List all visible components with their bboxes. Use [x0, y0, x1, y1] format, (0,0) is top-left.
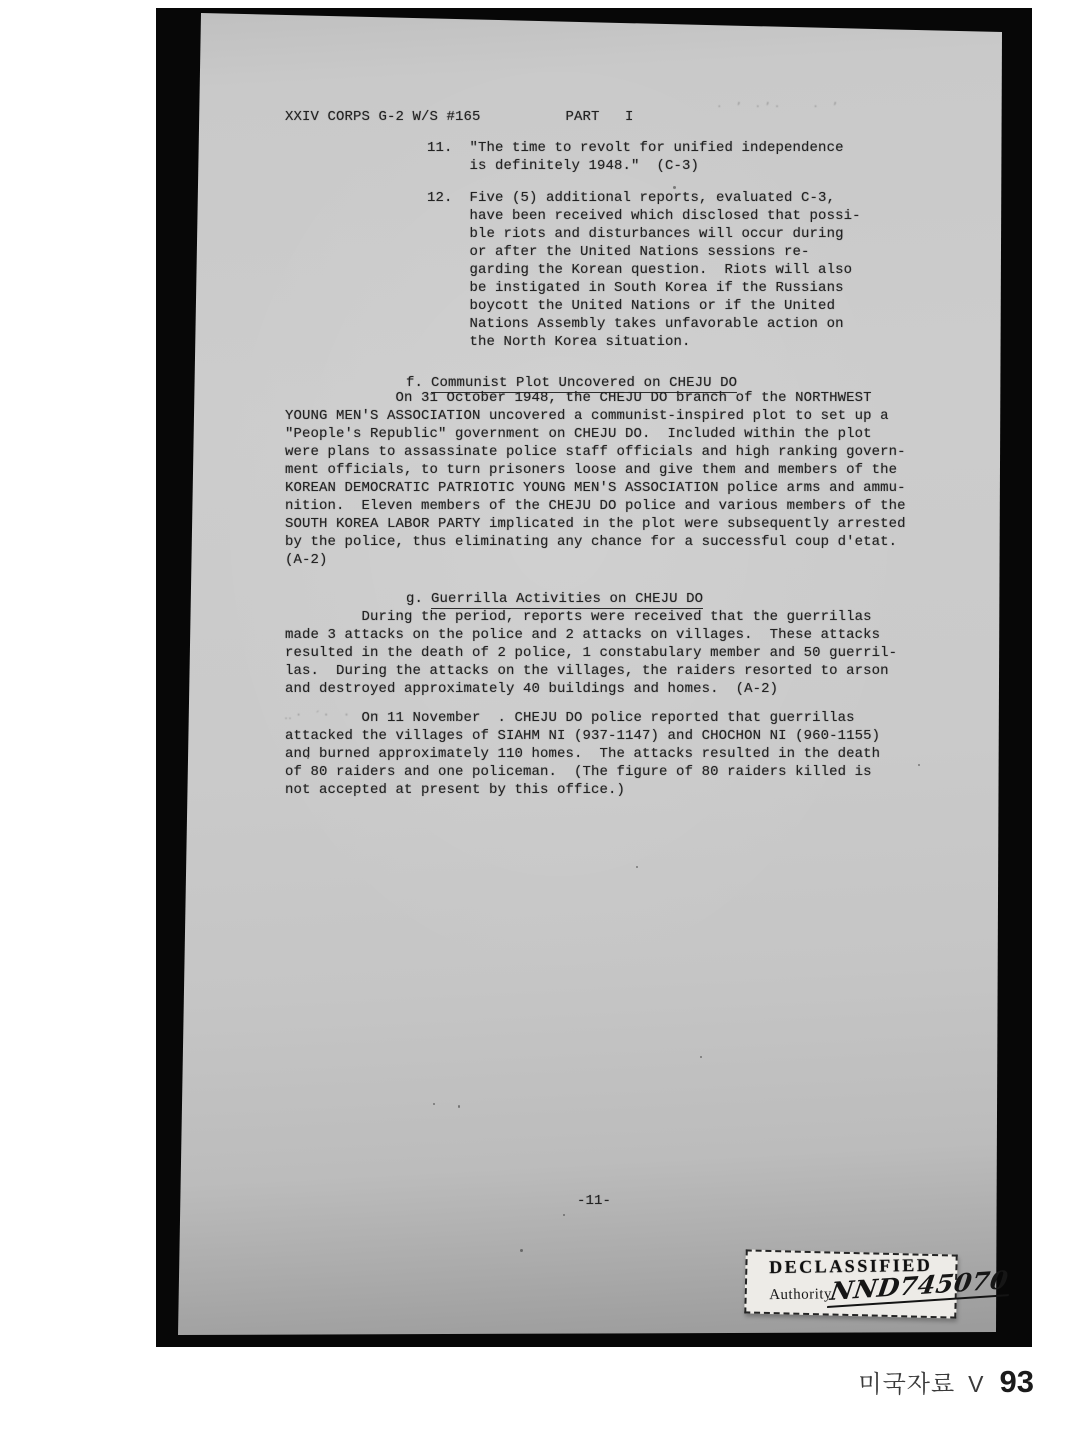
text-line: be instigated in South Korea if the Russ…: [427, 279, 861, 297]
paper-speck: [918, 764, 920, 766]
text-line: SOUTH KOREA LABOR PARTY implicated in th…: [285, 515, 906, 533]
text-line: or after the United Nations sessions re-: [427, 243, 861, 261]
text-line: 12. Five (5) additional reports, evaluat…: [427, 189, 861, 207]
text-line: garding the Korean question. Riots will …: [427, 261, 861, 279]
paper-speck: [307, 757, 309, 759]
paper-speck: [563, 1214, 565, 1216]
numbered-item-12: 12. Five (5) additional reports, evaluat…: [427, 189, 861, 351]
paper-speck: [636, 866, 638, 868]
ink-smudge: · ’ ·’· · ’: [716, 100, 841, 113]
document-header: XXIV CORPS G-2 W/S #165 PART I: [285, 108, 634, 126]
footer-caption: 미국자료 V 93: [858, 1364, 1034, 1400]
stamp-inner: DECLASSIFIED Authority NND745070: [747, 1253, 956, 1316]
paper-speck: [520, 1249, 523, 1252]
section-g-letter: g.: [406, 591, 423, 607]
page-number: -11-: [577, 1192, 611, 1210]
section-f-paragraph: On 31 October 1948, the CHEJU DO branch …: [285, 389, 906, 569]
text-line: KOREAN DEMOCRATIC PATRIOTIC YOUNG MEN'S …: [285, 479, 906, 497]
text-line: YOUNG MEN'S ASSOCIATION uncovered a comm…: [285, 407, 906, 425]
text-line: Nations Assembly takes unfavorable actio…: [427, 315, 861, 333]
text-line: attacked the villages of SIAHM NI (937-1…: [285, 727, 880, 745]
text-line: las. During the attacks on the villages,…: [285, 662, 897, 680]
footer-series-label: 미국자료: [858, 1364, 955, 1399]
scan-frame: XXIV CORPS G-2 W/S #165 PART I · ’ ·’· ·…: [156, 8, 1032, 1347]
footer-volume-numeral: V: [968, 1371, 983, 1398]
text-line: On 11 November . CHEJU DO police reporte…: [285, 709, 880, 727]
text-line: were plans to assassinate police staff o…: [285, 443, 906, 461]
text-line: boycott the United Nations or if the Uni…: [427, 297, 861, 315]
text-line: by the police, thus eliminating any chan…: [285, 533, 906, 551]
section-g-paragraph-2: On 11 November . CHEJU DO police reporte…: [285, 709, 880, 799]
text-line: During the period, reports were received…: [285, 608, 897, 626]
text-line: made 3 attacks on the police and 2 attac…: [285, 626, 897, 644]
text-line: resulted in the death of 2 police, 1 con…: [285, 644, 897, 662]
section-g-paragraph-1: During the period, reports were received…: [285, 608, 897, 698]
paper-speck: [433, 1103, 435, 1105]
text-line: the North Korea situation.: [427, 333, 861, 351]
text-line: and destroyed approximately 40 buildings…: [285, 680, 897, 698]
declassified-stamp: DECLASSIFIED Authority NND745070: [744, 1249, 958, 1318]
text-line: nition. Eleven members of the CHEJU DO p…: [285, 497, 906, 515]
text-line: 11. "The time to revolt for unified inde…: [427, 139, 844, 157]
text-line: ment officials, to turn prisoners loose …: [285, 461, 906, 479]
stamp-authority-label: Authority: [769, 1286, 832, 1304]
text-line: and burned approximately 110 homes. The …: [285, 745, 880, 763]
text-line: have been received which disclosed that …: [427, 207, 861, 225]
text-line: On 31 October 1948, the CHEJU DO branch …: [285, 389, 906, 407]
text-line: (A-2): [285, 551, 906, 569]
section-g-title: Guerrilla Activities on CHEJU DO: [431, 591, 703, 609]
paper-speck: [458, 1105, 460, 1108]
text-line: "People's Republic" government on CHEJU …: [285, 425, 906, 443]
text-line: is definitely 1948." (C-3): [427, 157, 844, 175]
text-line: ble riots and disturbances will occur du…: [427, 225, 861, 243]
text-line: of 80 raiders and one policeman. (The fi…: [285, 763, 880, 781]
text-line: not accepted at present by this office.): [285, 781, 880, 799]
page: XXIV CORPS G-2 W/S #165 PART I · ’ ·’· ·…: [0, 0, 1080, 1439]
stamp-authority-row: Authority NND745070: [747, 1274, 955, 1308]
paper-speck: [673, 186, 676, 189]
footer-page-number: 93: [1000, 1364, 1034, 1400]
paper-content: XXIV CORPS G-2 W/S #165 PART I · ’ ·’· ·…: [156, 8, 1032, 1347]
paper-speck: [700, 1056, 702, 1058]
numbered-item-11: 11. "The time to revolt for unified inde…: [427, 139, 844, 175]
